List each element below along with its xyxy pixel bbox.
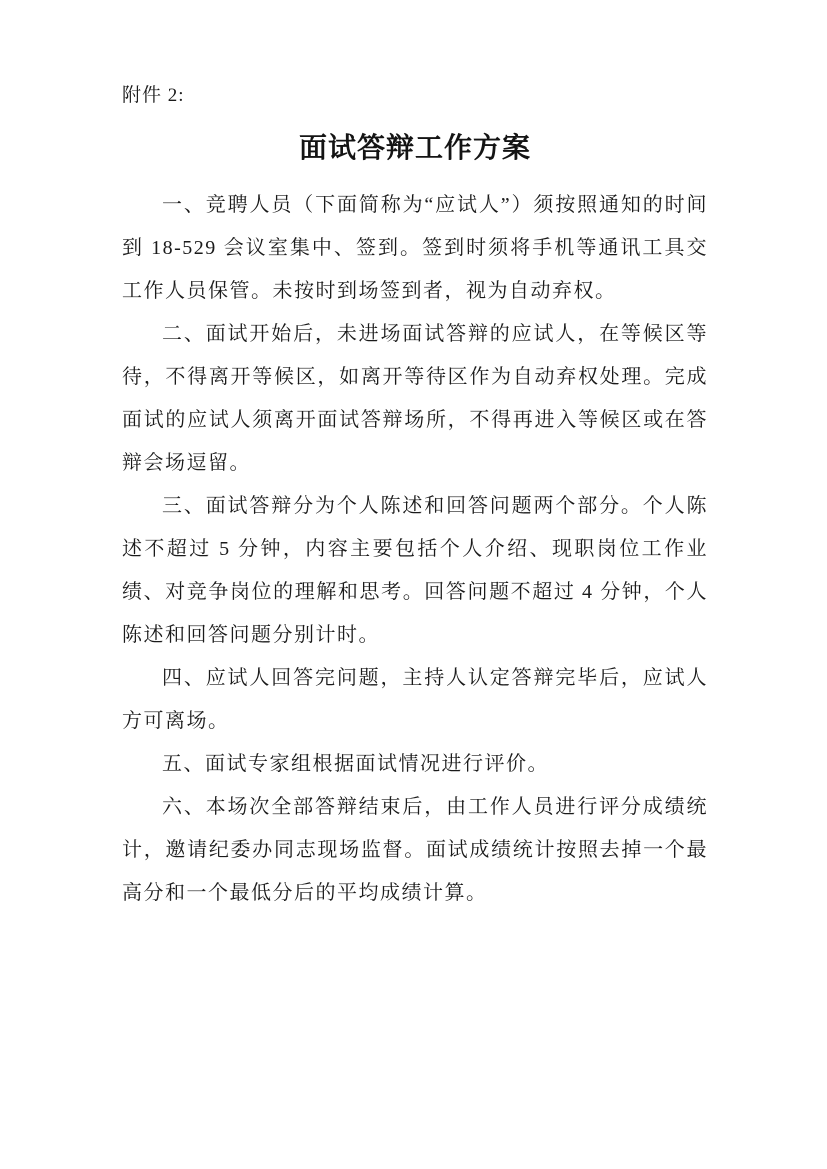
page-title: 面试答辩工作方案 (122, 132, 708, 164)
document-content: 附件 2: 面试答辩工作方案 一、竞聘人员（下面简称为“应试人”）须按照通知的时… (122, 85, 708, 915)
paragraph-1: 一、竞聘人员（下面简称为“应试人”）须按照通知的时间到 18-529 会议室集中… (122, 184, 708, 313)
document-page: 附件 2: 面试答辩工作方案 一、竞聘人员（下面简称为“应试人”）须按照通知的时… (0, 0, 827, 1169)
paragraph-2: 二、面试开始后，未进场面试答辩的应试人，在等候区等待，不得离开等候区，如离开等待… (122, 313, 708, 485)
paragraph-6: 六、本场次全部答辩结束后，由工作人员进行评分成绩统计，邀请纪委办同志现场监督。面… (122, 786, 708, 915)
attachment-label: 附件 2: (122, 85, 708, 107)
paragraph-5: 五、面试专家组根据面试情况进行评价。 (122, 743, 708, 786)
paragraph-4: 四、应试人回答完问题，主持人认定答辩完毕后，应试人方可离场。 (122, 657, 708, 743)
document-body: 一、竞聘人员（下面简称为“应试人”）须按照通知的时间到 18-529 会议室集中… (122, 184, 708, 915)
paragraph-3: 三、面试答辩分为个人陈述和回答问题两个部分。个人陈述不超过 5 分钟，内容主要包… (122, 485, 708, 657)
